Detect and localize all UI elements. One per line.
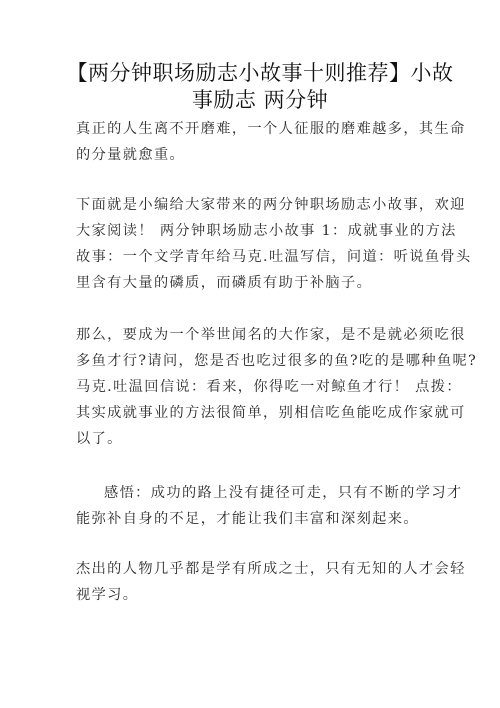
text-line: 多鱼才行?请问，您是否也吃过很多的鱼?吃的是哪种鱼呢? bbox=[76, 348, 426, 374]
title-line: 事励志 两分钟 bbox=[60, 87, 460, 114]
paragraph-story-question: 那么，要成为一个举世闻名的大作家，是不是就必须吃很 多鱼才行?请问，您是否也吃过… bbox=[76, 322, 426, 452]
text-line: 里含有大量的磷质，而磷质有助于补脑子。 bbox=[76, 270, 426, 296]
text-line: 真正的人生离不开磨难，一个人征服的磨难越多，其生命 bbox=[76, 116, 426, 142]
text-line: 感悟：成功的路上没有捷径可走，只有不断的学习才 bbox=[76, 480, 426, 506]
text-line: 能弥补自身的不足，才能让我们丰富和深刻起来。 bbox=[76, 506, 426, 532]
document-title: 【两分钟职场励志小故事十则推荐】小故 事励志 两分钟 bbox=[60, 60, 460, 114]
paragraph-conclusion: 杰出的人物几乎都是学有所成之士，只有无知的人才会轻 视学习。 bbox=[76, 556, 426, 608]
text-line: 的分量就愈重。 bbox=[76, 142, 426, 168]
text-line: 马克.吐温回信说：看来，你得吃一对鲸鱼才行！ 点拨： bbox=[76, 374, 426, 400]
text-line-content: 感悟：成功的路上没有捷径可走，只有不断的学习才 bbox=[104, 485, 463, 501]
text-line: 下面就是小编给大家带来的两分钟职场励志小故事，欢迎 bbox=[76, 192, 426, 218]
text-line: 以了。 bbox=[76, 426, 426, 452]
document-page: 【两分钟职场励志小故事十则推荐】小故 事励志 两分钟 真正的人生离不开磨难，一个… bbox=[0, 0, 500, 708]
text-line: 其实成就事业的方法很简单，别相信吃鱼能吃成作家就可 bbox=[76, 400, 426, 426]
text-line: 杰出的人物几乎都是学有所成之士，只有无知的人才会轻 bbox=[76, 556, 426, 582]
text-line: 那么，要成为一个举世闻名的大作家，是不是就必须吃很 bbox=[76, 322, 426, 348]
paragraph-story-1: 下面就是小编给大家带来的两分钟职场励志小故事，欢迎 大家阅读！ 两分钟职场励志小… bbox=[76, 192, 426, 296]
title-line: 【两分钟职场励志小故事十则推荐】小故 bbox=[60, 60, 460, 87]
text-line: 视学习。 bbox=[76, 582, 426, 608]
text-line: 故事：一个文学青年给马克.吐温写信，问道：听说鱼骨头 bbox=[76, 244, 426, 270]
paragraph-intro: 真正的人生离不开磨难，一个人征服的磨难越多，其生命 的分量就愈重。 bbox=[76, 116, 426, 168]
text-line: 大家阅读！ 两分钟职场励志小故事 1：成就事业的方法 bbox=[76, 218, 426, 244]
paragraph-insight: 感悟：成功的路上没有捷径可走，只有不断的学习才 能弥补自身的不足，才能让我们丰富… bbox=[76, 480, 426, 532]
